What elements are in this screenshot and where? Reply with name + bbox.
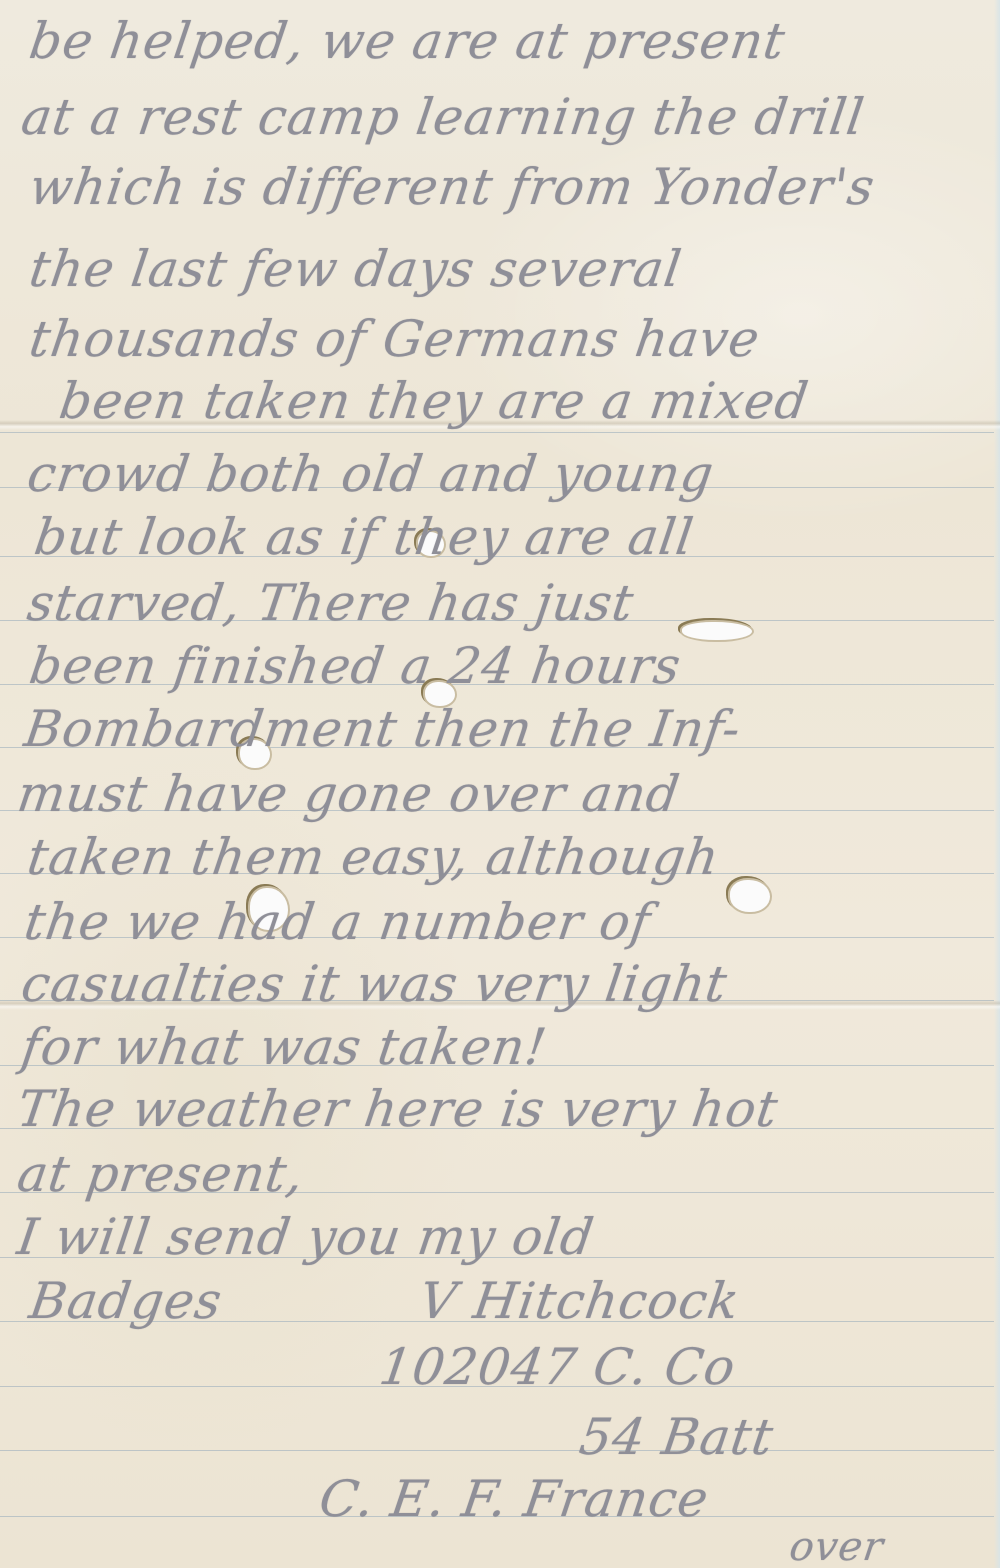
letter-line: Badges [26, 1272, 226, 1330]
continuation-note: over [787, 1524, 887, 1568]
letter-line: starved, There has just [24, 574, 638, 632]
letter-line: crowd both old and young [24, 445, 718, 503]
letter-line: at a rest camp learning the drill [18, 88, 868, 146]
battalion: 54 Batt [576, 1408, 777, 1466]
letter-page: be helped, we are at present at a rest c… [0, 0, 1000, 1568]
letter-line: be helped, we are at present [26, 12, 789, 70]
letter-line: casualties it was very light [18, 955, 731, 1013]
paper-hole [682, 622, 752, 640]
letter-line: been finished a 24 hours [26, 637, 685, 695]
letter-line: I will send you my old [14, 1208, 598, 1266]
letter-line: which is different from Yonder's [26, 158, 879, 216]
letter-line: Bombardment then the Inf- [21, 700, 745, 758]
ruled-line [0, 1450, 994, 1451]
service-number: 102047 C. Co [376, 1338, 740, 1396]
signature: V Hitchcock [416, 1272, 743, 1330]
letter-line: for what was taken! [18, 1018, 551, 1076]
paper-hole [730, 880, 770, 912]
letter-line: but look as if they are all [31, 508, 698, 566]
letter-line: thousands of Germans have [26, 310, 764, 368]
paper-edge [994, 0, 1000, 1568]
location: C. E. F. France [316, 1470, 713, 1528]
letter-line: The weather here is very hot [14, 1080, 782, 1138]
letter-line: at present, [14, 1145, 308, 1203]
letter-line: taken them easy, although [24, 828, 723, 886]
letter-line: the last few days several [26, 240, 686, 298]
ruled-line [0, 432, 994, 433]
letter-line: must have gone over and [14, 765, 684, 823]
letter-line: the we had a number of [21, 893, 655, 951]
letter-line: been taken they are a mixed [56, 372, 812, 430]
